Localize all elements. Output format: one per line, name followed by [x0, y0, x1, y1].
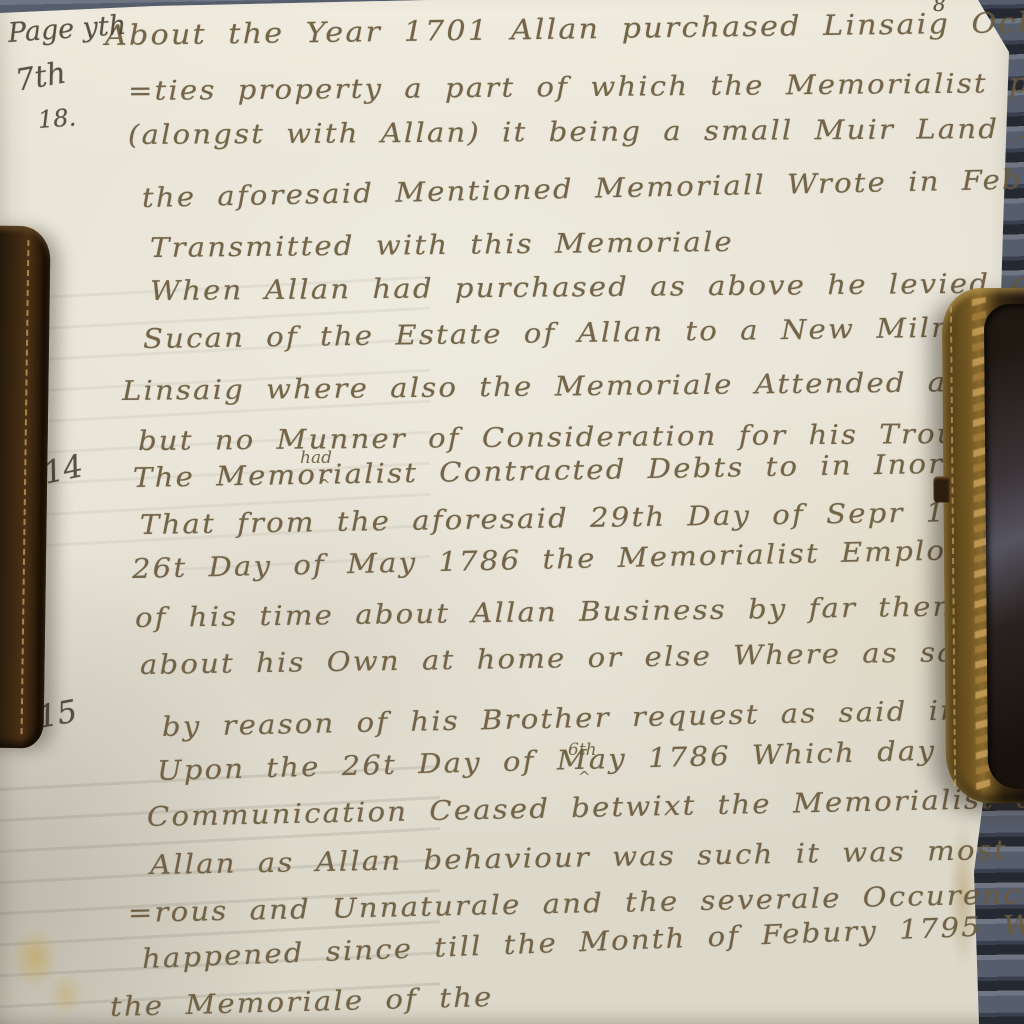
- clasp-glossy-leather: [984, 303, 1024, 789]
- manuscript-line: (alongst with Allan) it being a small Mu…: [128, 114, 1024, 149]
- left-leather-strap: [0, 226, 51, 749]
- page-corner-mark: 8: [933, 0, 946, 16]
- margin-note-18: 18.: [37, 103, 77, 134]
- manuscript-line: When Allan had purchased as above he lev…: [150, 269, 1024, 305]
- manuscript-line: =ties property a part of which the Memor…: [128, 69, 1024, 105]
- paper-stain: [48, 972, 84, 1016]
- clasp-tab: [933, 476, 949, 502]
- interline-insertion-word: 6th: [568, 740, 597, 760]
- insertion-caret-mark: ^: [318, 476, 331, 494]
- manuscript-line: Transmitted with this Memoriale: [150, 229, 734, 262]
- right-leather-clasp: [942, 288, 1024, 804]
- insertion-caret-mark: ^: [578, 768, 591, 786]
- strap-stitch-line: [21, 240, 30, 734]
- photographed-manuscript-scene: About the Year 1701 Allan purchased Lins…: [0, 0, 1024, 1024]
- clasp-stitch-line: [950, 306, 956, 785]
- paper-stain: [12, 928, 58, 988]
- interline-insertion-word: had: [300, 448, 332, 468]
